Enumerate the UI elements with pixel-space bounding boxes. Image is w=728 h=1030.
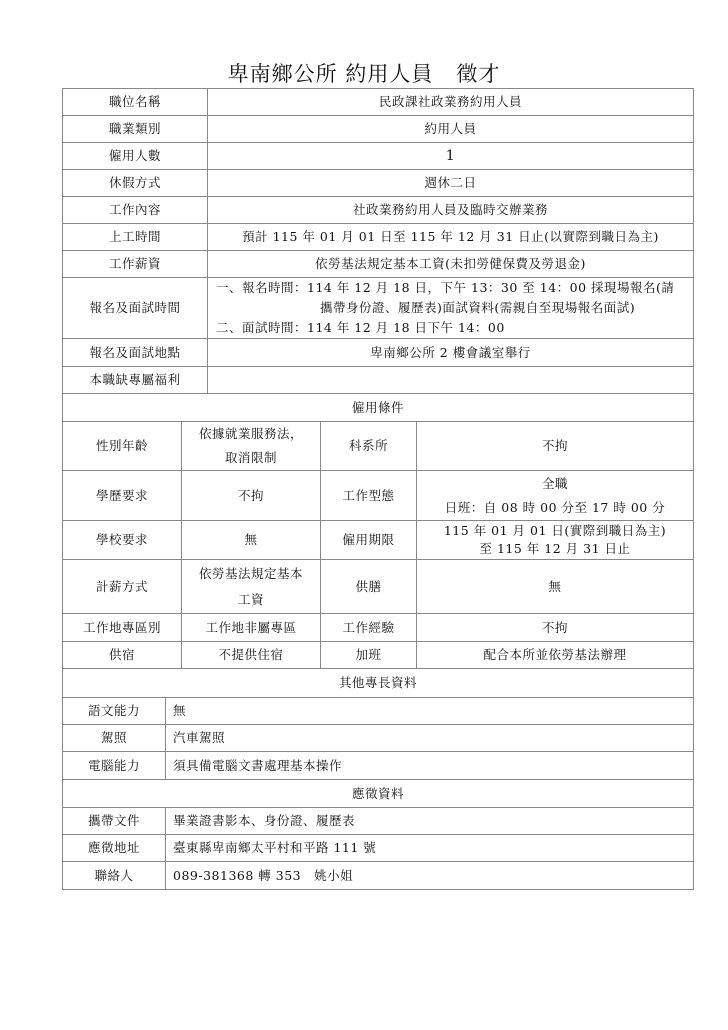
row-leave: 休假方式 週休二日 [63, 170, 694, 197]
recruitment-form: 職位名稱 民政課社政業務約用人員 職業類別 約用人員 僱用人數 1 休假方式 週… [62, 88, 693, 890]
section-header: 其他專長資料 [63, 669, 694, 698]
value: 約用人員 [208, 116, 694, 143]
label: 供膳 [321, 560, 417, 614]
value: 無 [166, 698, 694, 725]
row-work-zone: 工作地專區別 工作地非屬專區 工作經驗 不拘 [63, 614, 694, 642]
value: 汽車駕照 [166, 725, 694, 752]
skills-header: 其他專長資料 [63, 669, 694, 698]
conditions-header: 僱用條件 [63, 394, 694, 422]
application-table: 應徵資料 攜帶文件 畢業證書影本、身份證、履歷表 應徵地址 臺東縣卑南鄉太平村和… [62, 779, 694, 890]
conditions-table: 僱用條件 性別年齡 依據就業服務法，取消限制 科系所 不拘 學歷要求 不拘 工作… [62, 393, 694, 669]
value: 依勞基法規定基本工資(未扣勞健保費及勞退金) [208, 251, 694, 278]
row-address: 應徵地址 臺東縣卑南鄉太平村和平路 111 號 [63, 835, 694, 862]
label: 上工時間 [63, 224, 208, 251]
value: 須具備電腦文書處理基本操作 [166, 752, 694, 780]
label: 工作型態 [321, 471, 417, 521]
label: 休假方式 [63, 170, 208, 197]
value: 依勞基法規定基本工資 [182, 560, 321, 614]
value: 1 [208, 143, 694, 170]
value: 社政業務約用人員及臨時交辦業務 [208, 197, 694, 224]
basic-info-table: 職位名稱 民政課社政業務約用人員 職業類別 約用人員 僱用人數 1 休假方式 週… [62, 88, 694, 394]
label: 應徵地址 [63, 835, 166, 862]
value: 民政課社政業務約用人員 [208, 89, 694, 116]
application-header: 應徵資料 [63, 780, 694, 808]
value-line-1: 依勞基法規定基本 [186, 561, 316, 587]
row-registration-time: 報名及面試時間 一、報名時間：114 年 12 月 18 日，下午 13：30 … [63, 278, 694, 339]
value-line-2: 日班：自 08 時 00 分至 17 時 00 分 [421, 496, 689, 520]
label: 工作經驗 [321, 614, 417, 642]
value-line-1: 115 年 01 月 01 日(實際到職日為主) [421, 522, 689, 540]
value: 臺東縣卑南鄉太平村和平路 111 號 [166, 835, 694, 862]
section-header: 僱用條件 [63, 394, 694, 422]
page-title: 卑南鄉公所 約用人員 徵才 [0, 60, 728, 88]
value: 工作地非屬專區 [182, 614, 321, 642]
row-language: 語文能力 無 [63, 698, 694, 725]
label: 計薪方式 [63, 560, 182, 614]
row-computer: 電腦能力 須具備電腦文書處理基本操作 [63, 752, 694, 780]
skills-table: 其他專長資料 語文能力 無 駕照 汽車駕照 電腦能力 須具備電腦文書處理基本操作 [62, 668, 694, 780]
title-main: 卑南鄉公所 約用人員 [228, 60, 434, 88]
row-lodging: 供宿 不提供住宿 加班 配合本所並依勞基法辦理 [63, 642, 694, 669]
value: 配合本所並依勞基法辦理 [417, 642, 694, 669]
label: 學校要求 [63, 521, 182, 560]
value: 一、報名時間：114 年 12 月 18 日，下午 13：30 至 14：00 … [208, 278, 694, 339]
section-header: 應徵資料 [63, 780, 694, 808]
label: 科系所 [321, 422, 417, 471]
value-line-1: 全職 [421, 472, 689, 496]
value: 無 [417, 560, 694, 614]
value-line-2: 取消限制 [186, 446, 316, 470]
value: 畢業證書影本、身份證、履歷表 [166, 808, 694, 835]
row-work-period: 上工時間 預計 115 年 01 月 01 日至 115 年 12 月 31 日… [63, 224, 694, 251]
value: 不拘 [417, 614, 694, 642]
row-license: 駕照 汽車駕照 [63, 725, 694, 752]
registration-line-1: 一、報名時間：114 年 12 月 18 日，下午 13：30 至 14：00 … [216, 278, 689, 298]
label: 工作地專區別 [63, 614, 182, 642]
label: 工作薪資 [63, 251, 208, 278]
label: 駕照 [63, 725, 166, 752]
label: 攜帶文件 [63, 808, 166, 835]
label: 僱用期限 [321, 521, 417, 560]
label: 學歷要求 [63, 471, 182, 521]
label: 性別年齡 [63, 422, 182, 471]
value: 預計 115 年 01 月 01 日至 115 年 12 月 31 日止(以實際… [208, 224, 694, 251]
row-school: 學校要求 無 僱用期限 115 年 01 月 01 日(實際到職日為主)至 11… [63, 521, 694, 560]
value: 不提供住宿 [182, 642, 321, 669]
row-pay-method: 計薪方式 依勞基法規定基本工資 供膳 無 [63, 560, 694, 614]
value: 卑南鄉公所 2 樓會議室舉行 [208, 339, 694, 367]
value-line-1: 依據就業服務法， [186, 422, 316, 446]
label: 職位名稱 [63, 89, 208, 116]
row-job-category: 職業類別 約用人員 [63, 116, 694, 143]
value-line-2: 工資 [186, 587, 316, 613]
label: 本職缺專屬福利 [63, 367, 208, 394]
value: 依據就業服務法，取消限制 [182, 422, 321, 471]
row-headcount: 僱用人數 1 [63, 143, 694, 170]
value: 週休二日 [208, 170, 694, 197]
row-position-name: 職位名稱 民政課社政業務約用人員 [63, 89, 694, 116]
value: 全職日班：自 08 時 00 分至 17 時 00 分 [417, 471, 694, 521]
label: 僱用人數 [63, 143, 208, 170]
row-contact: 聯絡人 089-381368 轉 353 姚小姐 [63, 862, 694, 890]
label: 報名及面試地點 [63, 339, 208, 367]
title-suffix: 徵才 [456, 60, 500, 88]
registration-line-2: 攜帶身份證、履歷表)面試資料(需親自至現場報名面試) [216, 298, 689, 318]
label: 電腦能力 [63, 752, 166, 780]
row-gender-age: 性別年齡 依據就業服務法，取消限制 科系所 不拘 [63, 422, 694, 471]
value [208, 367, 694, 394]
label: 供宿 [63, 642, 182, 669]
value: 不拘 [417, 422, 694, 471]
value-line-2: 至 115 年 12 月 31 日止 [421, 540, 689, 558]
value: 115 年 01 月 01 日(實際到職日為主)至 115 年 12 月 31 … [417, 521, 694, 560]
row-job-content: 工作內容 社政業務約用人員及臨時交辦業務 [63, 197, 694, 224]
value: 089-381368 轉 353 姚小姐 [166, 862, 694, 890]
row-salary: 工作薪資 依勞基法規定基本工資(未扣勞健保費及勞退金) [63, 251, 694, 278]
row-benefits: 本職缺專屬福利 [63, 367, 694, 394]
row-registration-place: 報名及面試地點 卑南鄉公所 2 樓會議室舉行 [63, 339, 694, 367]
label: 職業類別 [63, 116, 208, 143]
row-education: 學歷要求 不拘 工作型態 全職日班：自 08 時 00 分至 17 時 00 分 [63, 471, 694, 521]
label: 語文能力 [63, 698, 166, 725]
row-documents: 攜帶文件 畢業證書影本、身份證、履歷表 [63, 808, 694, 835]
interview-line: 二、面試時間：114 年 12 月 18 日下午 14：00 [216, 318, 689, 338]
label: 報名及面試時間 [63, 278, 208, 339]
value: 無 [182, 521, 321, 560]
label: 工作內容 [63, 197, 208, 224]
label: 加班 [321, 642, 417, 669]
value: 不拘 [182, 471, 321, 521]
label: 聯絡人 [63, 862, 166, 890]
